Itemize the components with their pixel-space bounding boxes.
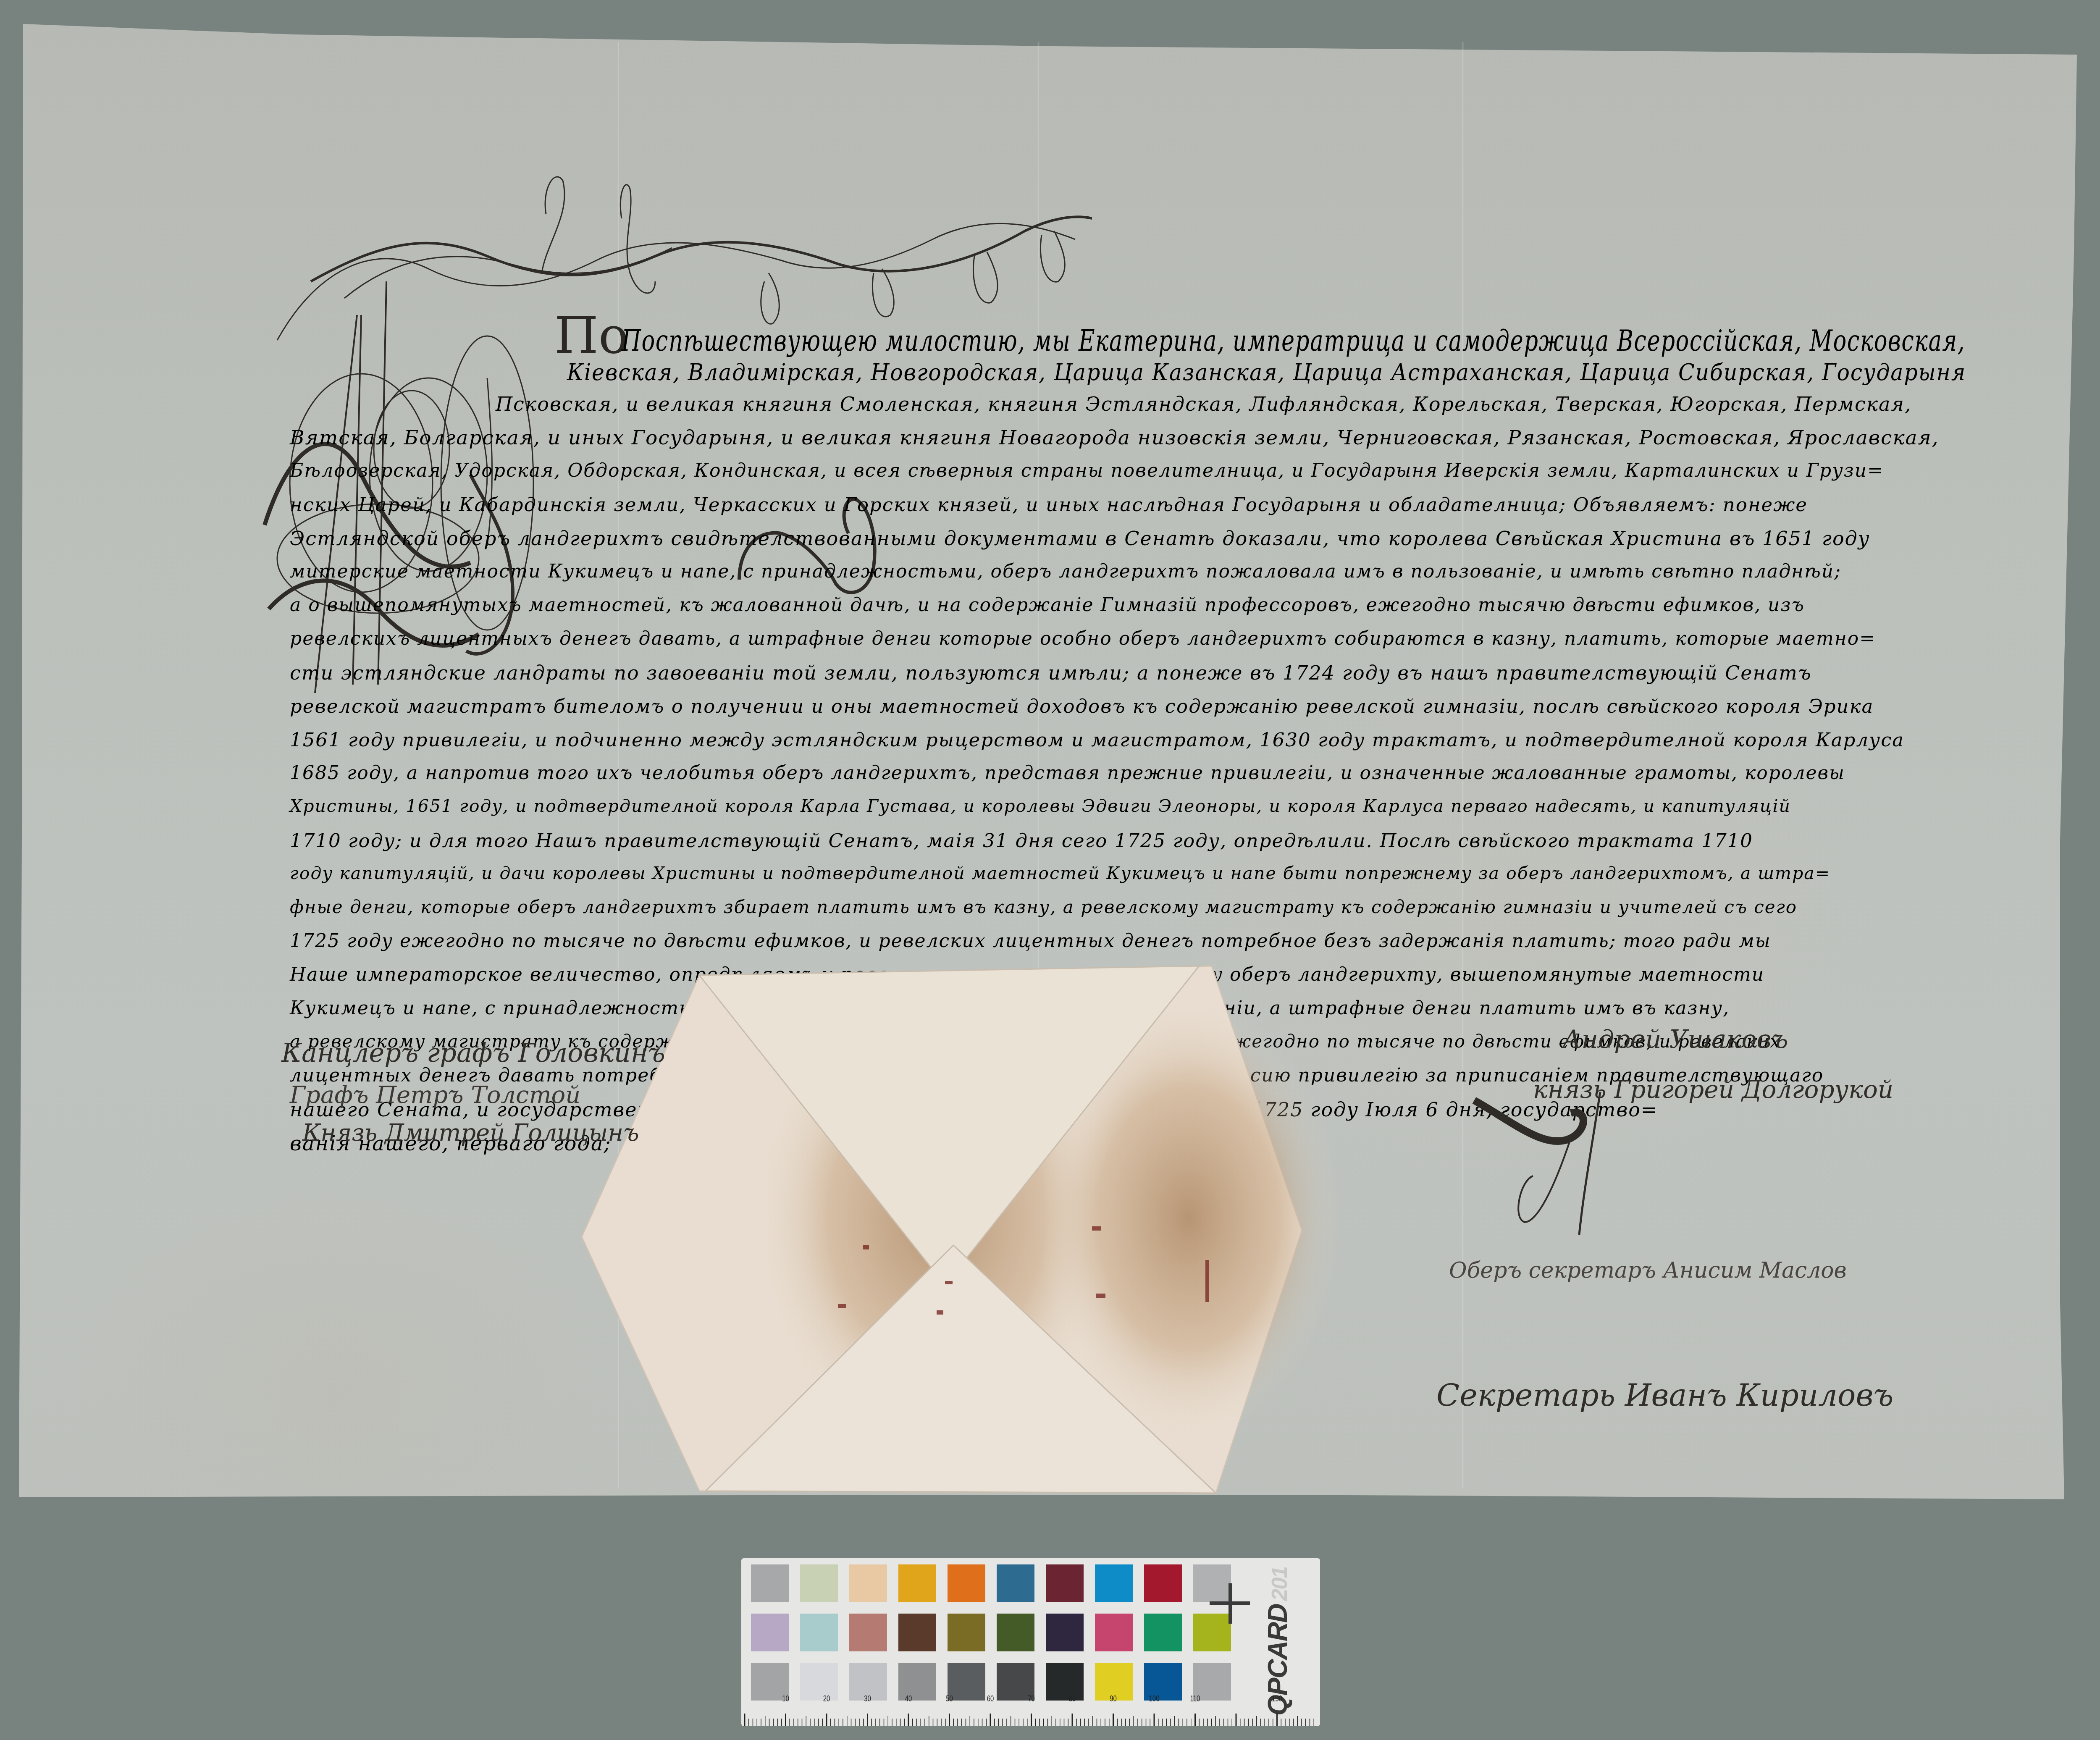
color-swatch (751, 1614, 789, 1651)
color-swatch (997, 1564, 1034, 1602)
color-swatch (997, 1614, 1034, 1651)
text-line: Поспѣшествующею милостию, мы Екатерина, … (622, 323, 1965, 358)
ruler-label: 80 (1069, 1694, 1076, 1704)
ruler-label: 20 (823, 1694, 830, 1704)
color-swatch (800, 1564, 838, 1602)
signature-flourish-icon (1462, 1084, 1798, 1252)
color-swatch (849, 1614, 887, 1651)
color-swatch (1193, 1614, 1231, 1651)
color-swatch (1095, 1564, 1133, 1602)
text-line: году капитуляцій, и дачи королевы Христи… (290, 863, 1830, 883)
ruler-label: 10 (782, 1694, 789, 1704)
text-line: 1561 году привилегіи, и подчиненно между… (290, 729, 1904, 751)
color-swatch (948, 1663, 985, 1701)
ruler-label: 110 (1190, 1694, 1200, 1704)
text-line: ревелской магистратъ бителомъ о получени… (290, 695, 1874, 717)
ruler-label: 60 (987, 1694, 994, 1704)
color-swatch (1095, 1614, 1133, 1651)
color-swatch (948, 1614, 985, 1651)
color-swatch (898, 1564, 936, 1602)
text-line: митерские маетности Кукимецъ и напе, с п… (290, 561, 1841, 582)
ruler-label: 50 (946, 1694, 953, 1704)
text-line: ревелскихъ лицентныхъ денегъ давать, а ш… (290, 628, 1876, 649)
crosshair-icon (1228, 1583, 1232, 1624)
signature-maslov: Оберъ секретаръ Анисим Маслов (1449, 1258, 1847, 1283)
color-swatch (800, 1614, 838, 1651)
ruler-label: 100 (1149, 1694, 1159, 1704)
signature-golitsyn: Князь Дмитрей Голицынъ (302, 1119, 639, 1147)
ruler-label: 90 (1110, 1694, 1117, 1704)
text-line: сти эстляндские ландраты по завоеваніи т… (290, 661, 1812, 684)
signature-golovkin: Канцлеръ графъ Головкинъ (281, 1037, 665, 1068)
color-swatch (898, 1614, 936, 1651)
text-line: 1710 году; и для того Нашъ правителствую… (290, 829, 1753, 852)
ruler-label: 130 (1272, 1694, 1282, 1704)
color-swatch (948, 1564, 985, 1602)
ruler-label: 30 (864, 1694, 871, 1704)
signature-ushakov: Андрей Ушаковъ (1562, 1025, 1788, 1054)
text-line: Вятская, Болгарская, и иных Государыня, … (290, 426, 1939, 449)
heading-initial: По (554, 307, 629, 365)
text-line: 1725 году ежегодно по тысяче по двѣсти е… (290, 930, 1771, 952)
ruler-label: 40 (905, 1694, 912, 1704)
color-swatch (849, 1564, 887, 1602)
color-calibration-card: QPCARD201 102030405060708090100110130 (741, 1558, 1320, 1726)
text-line: фные денги, которые оберъ ландгерихтъ зб… (290, 897, 1797, 917)
color-swatch (1193, 1564, 1231, 1602)
color-swatch (1144, 1564, 1182, 1602)
color-swatch (1046, 1564, 1084, 1602)
card-model: 201 (1268, 1567, 1292, 1601)
color-swatch (751, 1564, 789, 1602)
color-swatch (898, 1663, 936, 1701)
text-line: а о вышепомянутыхъ маетностей, къ жалова… (290, 594, 1805, 616)
wax-seal (582, 966, 1302, 1493)
text-line: Псковская, и великая княгиня Смоленская,… (496, 393, 1912, 415)
text-line: нских Царей, и Кабардинскія земли, Черка… (290, 493, 1808, 516)
text-line: Кіевская, Владимірская, Новгородская, Ца… (567, 359, 1966, 386)
mm-ruler: 102030405060708090100110130 (741, 1712, 1320, 1726)
color-swatch (800, 1663, 838, 1701)
ruler-label: 70 (1028, 1694, 1035, 1704)
color-swatch (1046, 1663, 1084, 1701)
signature-kirilov: Секретарь Иванъ Кириловъ (1436, 1378, 1893, 1413)
text-line: Эстляндской оберъ ландгерихтъ свидѣтелст… (290, 527, 1870, 550)
color-swatch (1144, 1614, 1182, 1651)
text-line: 1685 году, а напротив того ихъ челобитья… (290, 762, 1845, 784)
text-line: Бѣлоозерская, Удорская, Обдорская, Конди… (290, 460, 1884, 481)
signature-tolstoy: Графъ Петръ Толстой (290, 1081, 580, 1109)
color-swatch (1046, 1614, 1084, 1651)
text-line: Христины, 1651 году, и подтвердителной к… (290, 796, 1791, 816)
